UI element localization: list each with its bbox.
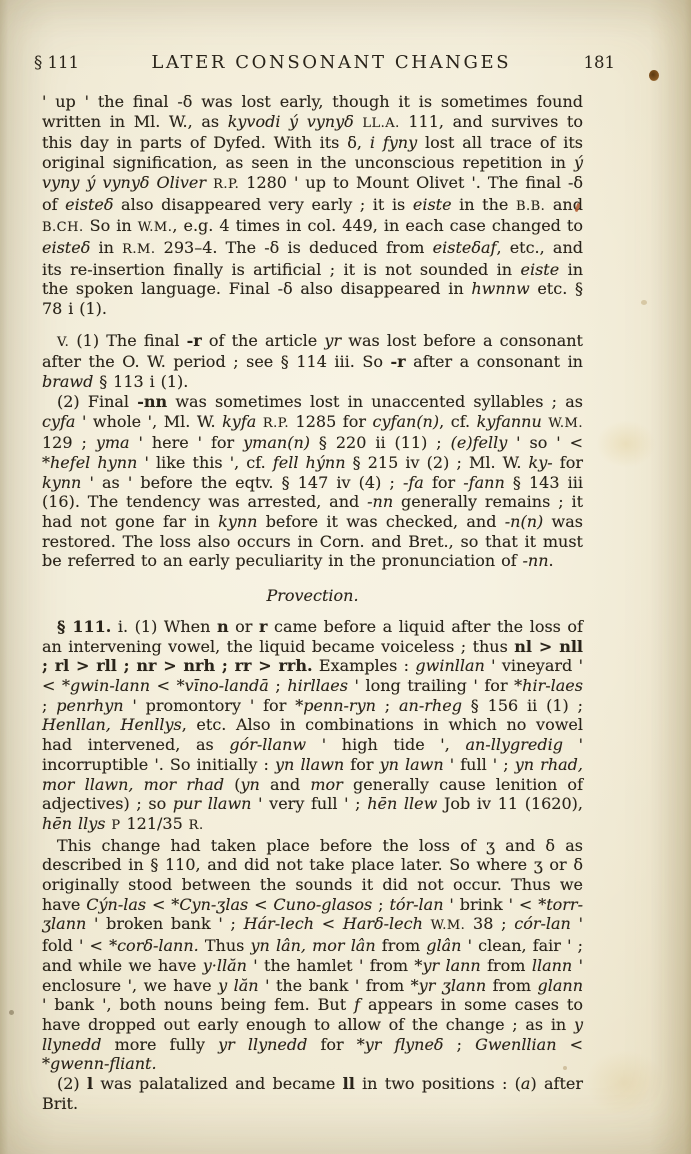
text-run: also disappeared very early ; it is (113, 195, 412, 214)
text-run: penn-ryn (303, 696, 376, 715)
text-run: y·llăn (203, 956, 247, 975)
text-run: -r (391, 352, 406, 371)
text-run: § 111. (57, 617, 111, 636)
text-run: yr llynedd (218, 1035, 307, 1054)
text-run: ; (42, 696, 56, 715)
text-run: W.M. (548, 416, 583, 431)
paragraph: This change had taken place before the l… (42, 836, 583, 1074)
text-run: Cuno-glasos (273, 895, 372, 914)
text-run: § 156 ii (1) ; (462, 696, 583, 715)
text-run: ll (343, 1074, 355, 1093)
text-run: ' long trailing ' for * (348, 676, 522, 695)
text-run: kyfa (222, 412, 256, 431)
text-run: ' here ' for (130, 433, 244, 452)
text-run: 293–4. The -δ is deduced from (155, 238, 432, 257)
text-run: R.P. (263, 416, 289, 431)
text-run: penrhyn (56, 696, 123, 715)
text-run: cór-lan (514, 914, 571, 933)
text-run: -r (187, 331, 202, 350)
text-run: eisteδ (65, 195, 113, 214)
text-run: from (486, 976, 537, 995)
text-run: for (553, 453, 583, 472)
text-run: hefel hynn (50, 453, 137, 472)
paragraph: (2) l was palatalized and became ll in t… (42, 1074, 583, 1113)
text-run: n (217, 617, 229, 636)
text-run: hēn llys (42, 814, 105, 833)
text-run: § 113 i (1). (93, 372, 188, 391)
text-run: Provection. (266, 586, 358, 605)
text-run: ' whole ', Ml. W. (75, 412, 222, 431)
text-run: fell hýnn (273, 453, 346, 472)
text-run: W.M. (138, 220, 173, 235)
paper-speck (641, 300, 647, 305)
text-run: of the article (202, 331, 325, 350)
text-run: eisteδ (42, 238, 90, 257)
text-run: 129 ; (42, 433, 96, 452)
text-run: ' promontory ' for * (124, 696, 304, 715)
text-run: W.M. (431, 918, 466, 933)
text-run: , cf. (439, 412, 477, 431)
text-run: § 220 ii (11) ; (310, 433, 451, 452)
text-run: -fa (403, 473, 424, 492)
paper-speck (9, 1010, 14, 1015)
text-run: glann (538, 976, 584, 995)
text-run: hir-laes (522, 676, 583, 695)
text-run: ' the bank ' from * (259, 976, 419, 995)
text-run: kyfannu (477, 412, 542, 431)
text-run: (1) The final (69, 331, 186, 350)
text-run: i. (1) When (111, 617, 217, 636)
text-run: Thus (199, 936, 251, 955)
text-run: Job iv 11 (1620), (437, 794, 583, 813)
text-run: Henllan, Henllys (42, 715, 182, 734)
book-page: § 111 LATER CONSONANT CHANGES 181 ' up '… (0, 0, 691, 1154)
text-run: eisteδaf (433, 238, 497, 257)
text-run: -nn (137, 392, 167, 411)
paragraph: V. (1) The final -r of the article yr wa… (42, 331, 583, 392)
text-run: ' bank ', both nouns being fem. But (42, 995, 354, 1014)
running-title: LATER CONSONANT CHANGES (151, 52, 511, 73)
text-run: pur llawn (173, 794, 252, 813)
text-run: glân (426, 936, 461, 955)
text-run: yr ʒlann (419, 976, 486, 995)
text-run: 38 ; (465, 914, 514, 933)
text-run: y lăn (218, 976, 259, 995)
paper-stain (596, 420, 656, 468)
paragraph: § 111. i. (1) When n or r came before a … (42, 617, 583, 836)
text-run: < (314, 914, 343, 933)
text-run: cyfa (42, 412, 75, 431)
text-run: , e.g. 4 times in col. 449, in each case… (172, 216, 583, 235)
text-run: yr flyneδ (365, 1035, 444, 1054)
text-run: llann (532, 956, 572, 975)
text-run: i fyny (370, 133, 417, 152)
page-text: ' up ' the final -δ was lost early, thou… (42, 92, 583, 1113)
text-run: (2) (57, 1074, 87, 1093)
text-run: -n(n) (505, 512, 544, 531)
text-run: yn lân, mor lân (250, 936, 375, 955)
text-run: ' very full ' ; (251, 794, 367, 813)
text-run: yn lawn (380, 755, 444, 774)
text-run: for * (307, 1035, 364, 1054)
text-run: kynn (42, 473, 81, 492)
text-run: ' high tide ', (306, 735, 465, 754)
text-run: So in (84, 216, 138, 235)
text-run: yma (96, 433, 130, 452)
text-run: yr (324, 331, 341, 350)
text-run: eiste (520, 260, 559, 279)
text-run: LL.A. (362, 116, 399, 131)
text-run: for (424, 473, 463, 492)
text-run: after a consonant in (406, 352, 583, 371)
text-run: hirllaes (287, 676, 348, 695)
text-run: < (248, 895, 273, 914)
text-run: Cyn-ʒlas (179, 895, 248, 914)
text-run: ' brink ' < * (444, 895, 547, 914)
text-run: ' like this ', cf. (137, 453, 272, 472)
text-run: Hár-lech (244, 914, 314, 933)
text-run: ' broken bank ' ; (86, 914, 243, 933)
text-run: 121/35 (121, 814, 189, 833)
text-run: R.M. (122, 242, 155, 257)
text-run: ; (444, 1035, 476, 1054)
text-run: ' as ' before the eqtv. § 147 iv (4) ; (81, 473, 403, 492)
text-run: ky- (529, 453, 553, 472)
text-run: in (90, 238, 122, 257)
text-run: < * (150, 676, 185, 695)
text-run: § 215 iv (2) ; Ml. W. (346, 453, 529, 472)
text-run: an-llygredig (465, 735, 562, 754)
text-run: from (481, 956, 532, 975)
text-run: ' full ' ; (444, 755, 515, 774)
text-run: kyvodi ý vynyδ (228, 112, 354, 131)
page-number: 181 (583, 53, 615, 72)
text-run: < * (146, 895, 179, 914)
text-run: mor (310, 775, 342, 794)
text-run: 1285 for (289, 412, 373, 431)
text-run: R. (189, 818, 204, 833)
foxing-speck (649, 70, 659, 81)
text-run: ; (372, 895, 389, 914)
text-run: cyfan(n) (373, 412, 440, 431)
text-run: in two positions : ( (355, 1074, 521, 1093)
text-run: P (111, 818, 120, 833)
header-section-mark: § 111 (34, 53, 79, 72)
text-run: Harδ-lech (343, 914, 423, 933)
paragraph: ' up ' the final -δ was lost early, thou… (42, 92, 583, 319)
text-run: was palatalized and became (93, 1074, 343, 1093)
text-run: corδ-lann. (117, 936, 199, 955)
text-run: B.B. (516, 199, 545, 214)
text-run: (2) Final (57, 392, 137, 411)
text-run: in the (452, 195, 516, 214)
text-run: V. (57, 335, 69, 350)
text-run: -nn (523, 551, 549, 570)
text-run: ; (269, 676, 288, 695)
text-run: ( (224, 775, 240, 794)
text-run: or (229, 617, 259, 636)
page-header: § 111 LATER CONSONANT CHANGES 181 (34, 52, 615, 73)
text-run: yn (241, 775, 260, 794)
text-run: for (344, 755, 379, 774)
text-run: hēn llew (367, 794, 437, 813)
text-run: -nn (367, 492, 393, 511)
text-run: vīno-landā (185, 676, 269, 695)
text-run: ; (376, 696, 399, 715)
text-run: an-rheg (399, 696, 462, 715)
text-run: gwin-lann (70, 676, 150, 695)
text-run: (e)felly (451, 433, 508, 452)
text-run: from (376, 936, 427, 955)
text-run: hwnnw (471, 279, 529, 298)
text-run: yr lann (422, 956, 480, 975)
text-run: more fully (102, 1035, 219, 1054)
text-run: gwenn-fliant. (50, 1054, 157, 1073)
text-run: -fann (463, 473, 504, 492)
text-run: . (549, 551, 554, 570)
text-run: and (260, 775, 310, 794)
text-run: was sometimes lost in unaccented syllabl… (167, 392, 583, 411)
paragraph: (2) Final -nn was sometimes lost in unac… (42, 392, 583, 571)
text-run: R.P. (213, 177, 239, 192)
text-run: Gwenllian (475, 1035, 556, 1054)
text-run: brawd (42, 372, 93, 391)
text-run: eiste (413, 195, 452, 214)
text-run (423, 914, 431, 933)
text-run: yman(n) (243, 433, 310, 452)
text-run: B.CH. (42, 220, 84, 235)
text-run: Cýn-las (86, 895, 146, 914)
section-heading: Provection. (42, 586, 583, 606)
text-run: Examples : (313, 656, 416, 675)
text-run: yn llawn (275, 755, 344, 774)
text-run: kynn (218, 512, 257, 531)
text-run: gór-llanw (229, 735, 306, 754)
paper-speck (563, 1066, 567, 1070)
text-run: before it was checked, and (257, 512, 504, 531)
text-run: gwinllan (415, 656, 484, 675)
text-run: ' the hamlet ' from * (247, 956, 423, 975)
paper-stain (585, 1050, 665, 1116)
text-run: tór-lan (389, 895, 443, 914)
